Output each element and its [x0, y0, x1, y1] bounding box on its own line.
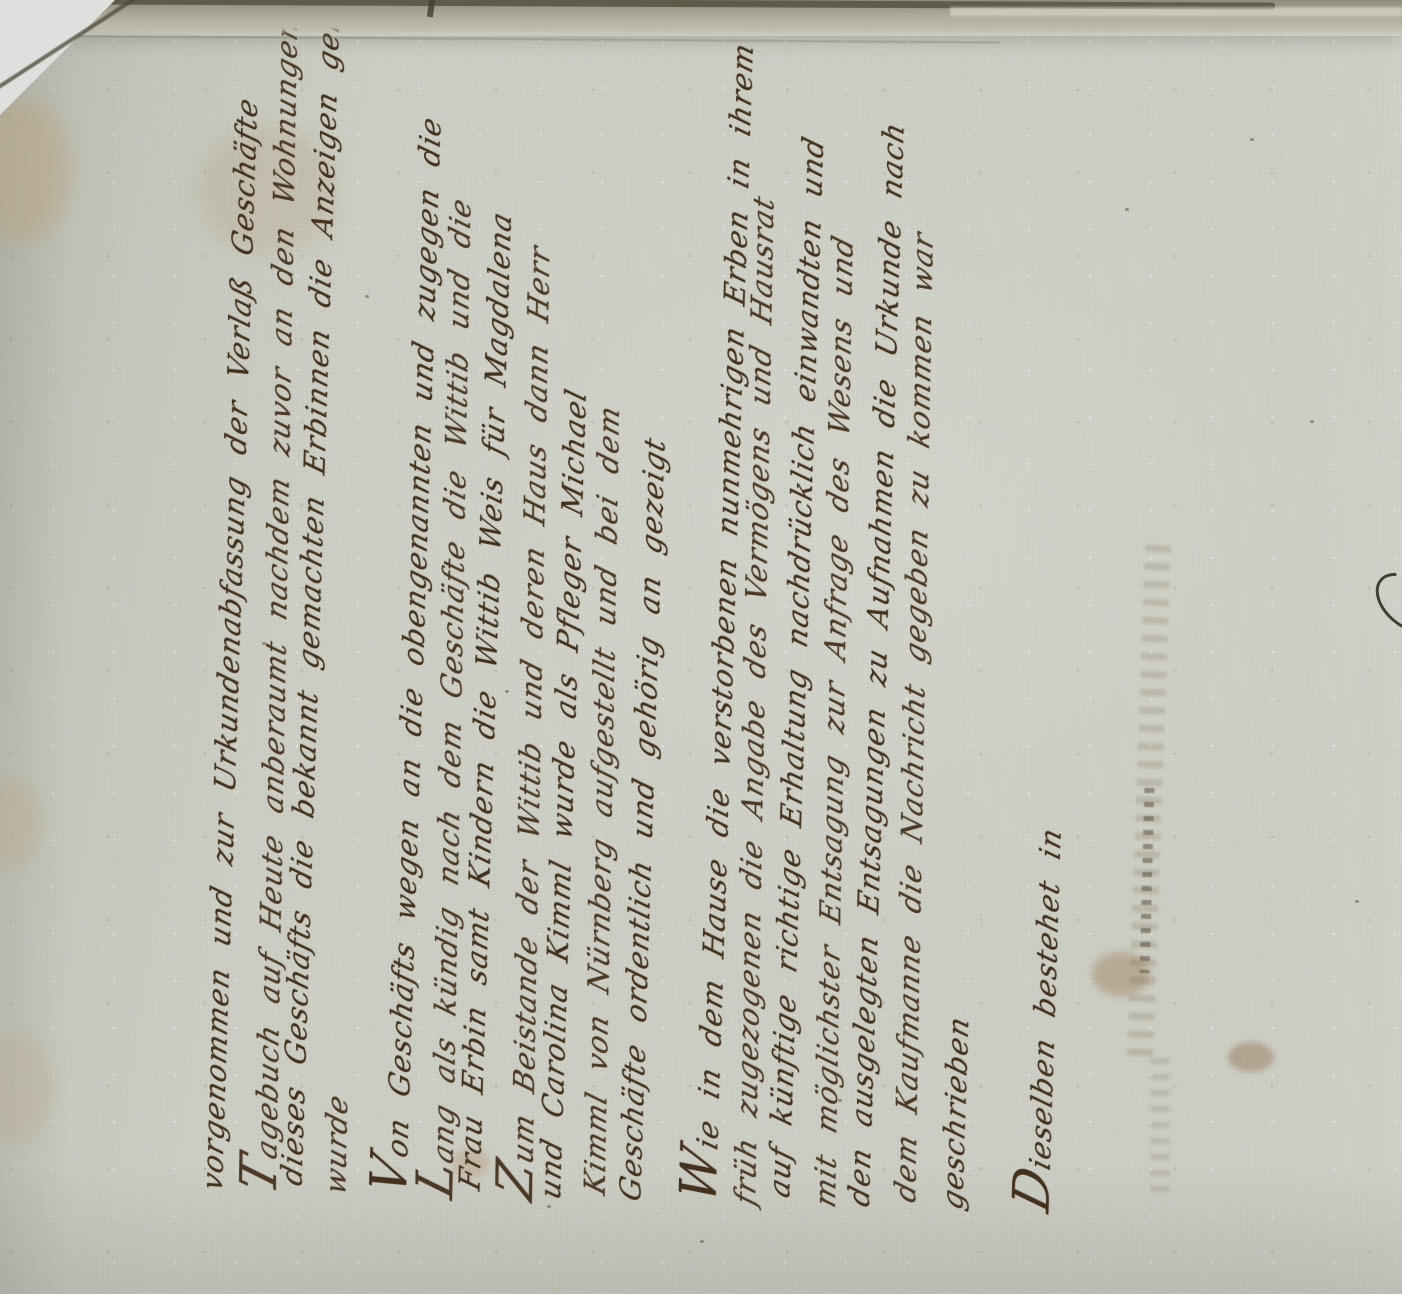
ink-speck	[547, 1205, 551, 1208]
text-line-content: Dieselben bestehet in	[1012, 821, 1071, 1217]
paragraph: Wie in dem Hause die verstorbenen nunmeh…	[682, 56, 1000, 1209]
page-edge-seam	[427, 0, 435, 17]
ink-mark-right-edge	[1364, 561, 1402, 645]
paragraph: Dieselben bestehet in	[1012, 64, 1080, 1211]
manuscript-photo: vorgenommen und zur Urkundenabfassung de…	[0, 0, 1402, 1294]
text-line: Dieselben bestehet in	[1012, 64, 1080, 1211]
ink-bleed-through-column	[1150, 1058, 1170, 1193]
text-line-content: wurde	[316, 1089, 358, 1200]
page-top-edge-band	[0, 0, 1402, 36]
ink-speck	[1355, 900, 1359, 903]
ink-speck	[1250, 138, 1254, 141]
ink-speck	[1310, 420, 1314, 423]
handwritten-text-block: vorgenommen und zur Urkundenabfassung de…	[181, 44, 1119, 1212]
stain-brown-dots	[1228, 1042, 1274, 1072]
stain-left-top	[0, 95, 72, 245]
stain-left-lower	[0, 1030, 53, 1145]
page-edge-highlight	[950, 7, 1402, 16]
stain-left-middle	[0, 775, 42, 870]
paragraph: vorgenommen und zur Urkundenabfassung de…	[195, 44, 383, 1194]
ink-speck	[1125, 208, 1129, 211]
text-line-content: geschrieben	[932, 1011, 978, 1214]
paragraph: Von Geschäfts wegen an die obengenannten…	[372, 49, 680, 1201]
ink-speck	[700, 1240, 704, 1243]
